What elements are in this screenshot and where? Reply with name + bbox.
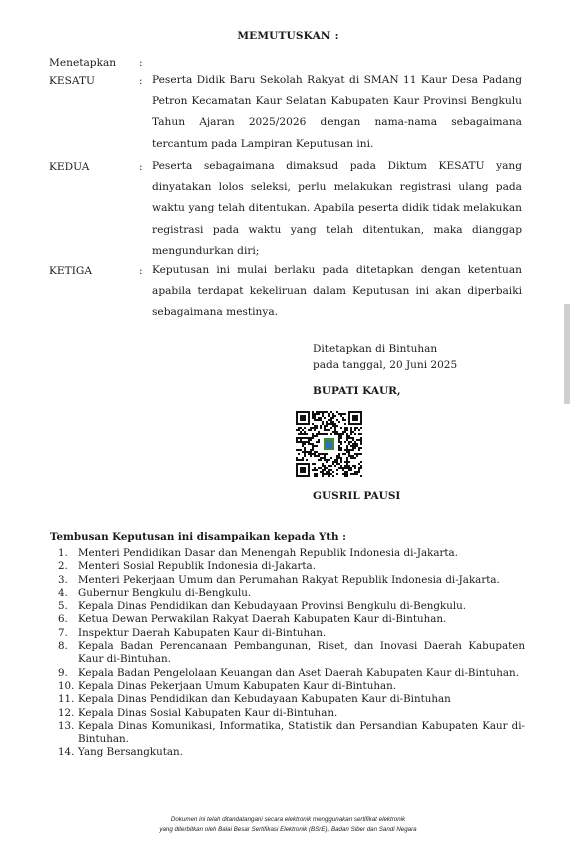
decision-heading: MEMUTUSKAN :: [0, 30, 576, 42]
tembusan-item-number: 8.: [58, 640, 68, 653]
tembusan-item-number: 13.: [58, 720, 74, 733]
tembusan-item-number: 5.: [58, 600, 68, 613]
scrollbar-thumb[interactable]: [564, 304, 570, 404]
dictum-label: KETIGA: [49, 265, 121, 277]
tembusan-item-number: 7.: [58, 627, 68, 640]
dictum-colon: :: [139, 75, 143, 87]
tembusan-title: Tembusan Keputusan ini disampaikan kepad…: [50, 531, 346, 543]
dictum-text: Keputusan ini mulai berlaku pada ditetap…: [152, 260, 522, 324]
tembusan-item-number: 4.: [58, 587, 68, 600]
dictum-text: Peserta Didik Baru Sekolah Rakyat di SMA…: [152, 70, 522, 155]
tembusan-item-text: Menteri Pendidikan Dasar dan Menengah Re…: [78, 547, 458, 559]
tembusan-item-number: 10.: [58, 680, 74, 693]
tembusan-item: 12.Kepala Dinas Sosial Kabupaten Kaur di…: [58, 707, 525, 720]
tembusan-item-number: 12.: [58, 707, 74, 720]
dictum-colon: :: [139, 161, 143, 173]
tembusan-item: 3.Menteri Pekerjaan Umum dan Perumahan R…: [58, 574, 525, 587]
tembusan-item-number: 14.: [58, 746, 74, 759]
document-page: MEMUTUSKAN : Menetapkan : KESATU : Peser…: [0, 0, 576, 855]
dictum-text: Peserta sebagaimana dimaksud pada Diktum…: [152, 156, 522, 262]
footer-line-1: Dokumen ini telah ditandatangani secara …: [0, 816, 576, 823]
tembusan-item-text: Menteri Sosial Republik Indonesia di-Jak…: [78, 560, 316, 572]
tembusan-item-number: 3.: [58, 574, 68, 587]
tembusan-item: 10.Kepala Dinas Pekerjaan Umum Kabupaten…: [58, 680, 525, 693]
tembusan-item: 6.Ketua Dewan Perwakilan Rakyat Daerah K…: [58, 613, 525, 626]
menetapkan-colon: :: [139, 57, 143, 69]
signatory-name: GUSRIL PAUSI: [313, 490, 400, 502]
qr-code-icon: [296, 411, 362, 477]
signature-place-date: Ditetapkan di Bintuhan pada tanggal, 20 …: [313, 341, 457, 373]
tembusan-item: 9.Kepala Badan Pengelolaan Keuangan dan …: [58, 667, 525, 680]
tembusan-item: 13.Kepala Dinas Komunikasi, Informatika,…: [58, 720, 525, 747]
tembusan-item-text: Kepala Badan Pengelolaan Keuangan dan As…: [78, 667, 519, 679]
tembusan-list: 1.Menteri Pendidikan Dasar dan Menengah …: [58, 547, 525, 760]
tembusan-item: 11.Kepala Dinas Pendidikan dan Kebudayaa…: [58, 693, 525, 706]
tembusan-item-text: Gubernur Bengkulu di-Bengkulu.: [78, 587, 251, 599]
tembusan-item: 7.Inspektur Daerah Kabupaten Kaur di-Bin…: [58, 627, 525, 640]
footer-line-2: yang diterbitkan oleh Balai Besar Sertif…: [0, 826, 576, 833]
tembusan-item-text: Kepala Badan Perencanaan Pembangunan, Ri…: [78, 640, 525, 665]
signature-place: Ditetapkan di Bintuhan: [313, 341, 457, 357]
menetapkan-label: Menetapkan: [49, 57, 121, 69]
tembusan-item-text: Kepala Dinas Pendidikan dan Kebudayaan P…: [78, 600, 466, 612]
dictum-colon: :: [139, 265, 143, 277]
tembusan-item-text: Inspektur Daerah Kabupaten Kaur di-Bintu…: [78, 627, 326, 639]
tembusan-item-number: 1.: [58, 547, 68, 560]
signature-date: pada tanggal, 20 Juni 2025: [313, 357, 457, 373]
dictum-label: KEDUA: [49, 161, 121, 173]
tembusan-item-text: Yang Bersangkutan.: [78, 746, 183, 758]
tembusan-item: 8.Kepala Badan Perencanaan Pembangunan, …: [58, 640, 525, 667]
tembusan-item: 1.Menteri Pendidikan Dasar dan Menengah …: [58, 547, 525, 560]
tembusan-item-text: Kepala Dinas Pekerjaan Umum Kabupaten Ka…: [78, 680, 396, 692]
tembusan-item-text: Menteri Pekerjaan Umum dan Perumahan Rak…: [78, 574, 500, 586]
tembusan-item-text: Ketua Dewan Perwakilan Rakyat Daerah Kab…: [78, 613, 446, 625]
tembusan-item: 2.Menteri Sosial Republik Indonesia di-J…: [58, 560, 525, 573]
tembusan-item-number: 6.: [58, 613, 68, 626]
signatory-title: BUPATI KAUR,: [313, 385, 401, 397]
tembusan-item: 14.Yang Bersangkutan.: [58, 746, 525, 759]
dictum-label: KESATU: [49, 75, 121, 87]
tembusan-item-text: Kepala Dinas Sosial Kabupaten Kaur di-Bi…: [78, 707, 337, 719]
tembusan-item-number: 2.: [58, 560, 68, 573]
tembusan-item-number: 9.: [58, 667, 68, 680]
tembusan-item-number: 11.: [58, 693, 74, 706]
tembusan-item-text: Kepala Dinas Pendidikan dan Kebudayaan K…: [78, 693, 451, 705]
tembusan-item: 5.Kepala Dinas Pendidikan dan Kebudayaan…: [58, 600, 525, 613]
tembusan-item-text: Kepala Dinas Komunikasi, Informatika, St…: [78, 720, 525, 745]
tembusan-item: 4.Gubernur Bengkulu di-Bengkulu.: [58, 587, 525, 600]
